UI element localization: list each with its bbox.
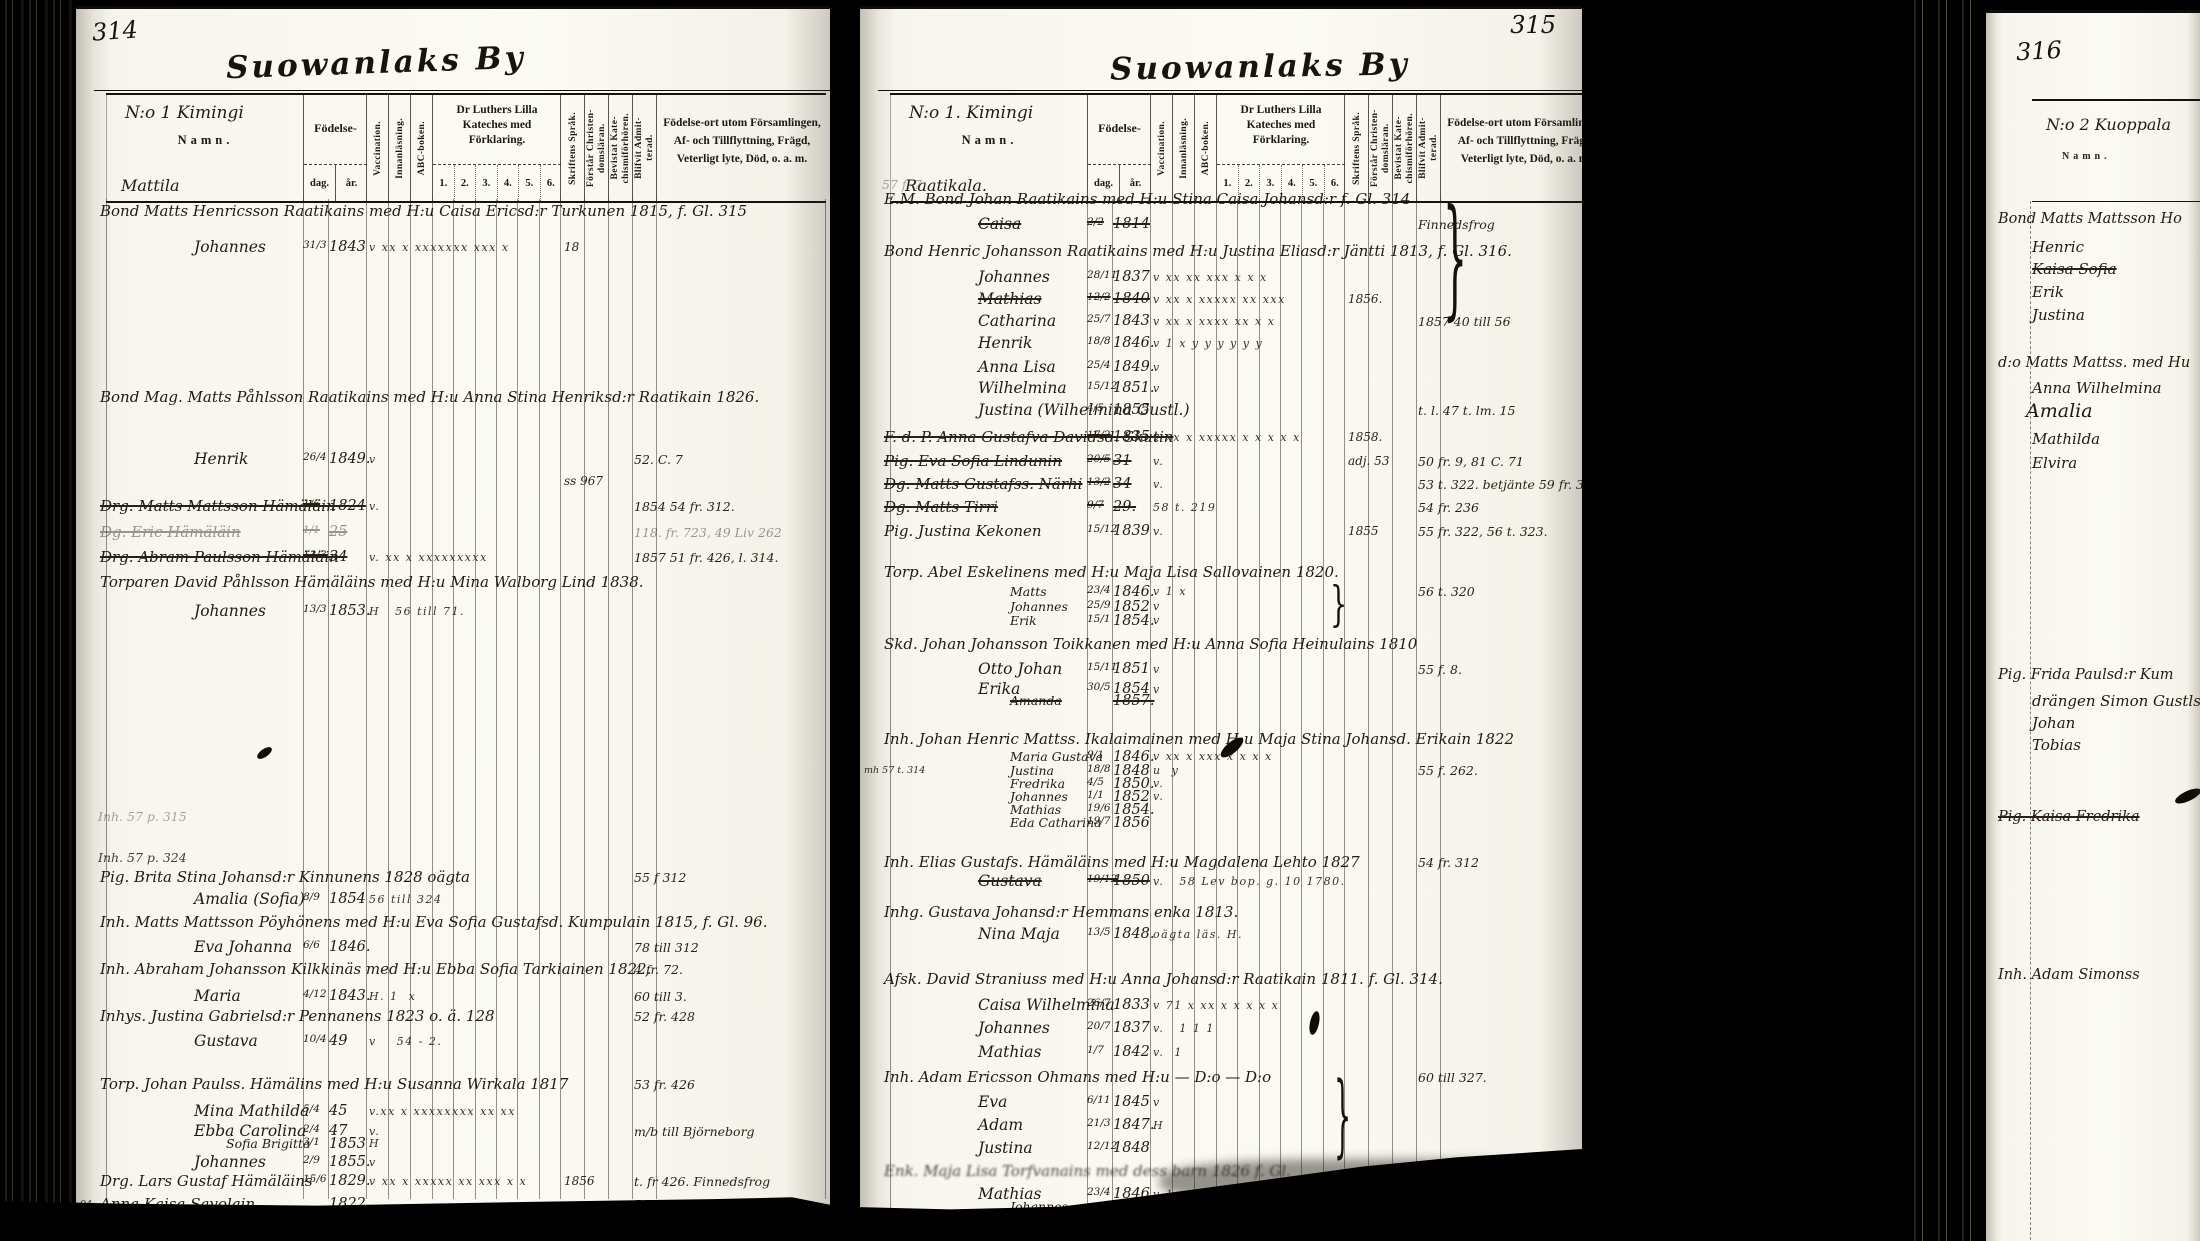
birth-day: 5/4 — [303, 1099, 320, 1120]
person-name: Maria — [194, 986, 241, 1007]
birth-year: 1846. — [1113, 750, 1155, 764]
birth-year: 1839 — [1113, 521, 1150, 542]
birth-year: 1855 — [1113, 400, 1150, 421]
register-row: Torp. Johan Paulss. Hämälins med H:u Sus… — [76, 1074, 830, 1095]
reading-marks: v 1 x — [1153, 585, 1187, 599]
register-row: Eda Catharina 19/7 1856 — [860, 816, 1582, 837]
remark-note: 1854 54 fr. 312. — [634, 496, 735, 517]
birth-day: 31/3 — [303, 235, 327, 256]
person-name: Mathias — [978, 1042, 1041, 1063]
person-name: Inh. Johan Henric Mattss. Ikalaimainen m… — [884, 729, 1514, 750]
third-page: 316 N:o 2 Kuoppala Namn. Bond Matts Matt… — [1986, 10, 2200, 1241]
person-name: Dg. Eric Hämäläin — [100, 522, 241, 543]
register-row: Inh. Adam Simonss — [1986, 965, 2200, 986]
birth-day: 9/7 — [1087, 495, 1104, 516]
mid-note: 1858. — [1348, 427, 1382, 448]
birth-day: 1/1 — [303, 520, 320, 541]
register-row: Johannes 13/3 1853. H 56 till 71. — [76, 601, 830, 622]
birth-year: 1853 — [329, 1137, 366, 1151]
remark-note: 54 fr. 236 — [1418, 497, 1479, 518]
person-name: Gustava — [978, 871, 1042, 892]
register-rows: Bond Matts Henricsson Raatikains med H:u… — [76, 9, 830, 1207]
birth-year: 1855. — [329, 1152, 371, 1173]
birth-day: 4/5 — [1087, 398, 1104, 419]
register-row: Tobias — [1986, 735, 2200, 756]
person-name: Inh. Adam Simonss — [1998, 965, 2140, 986]
register-row: Bond Mag. Matts Påhlsson Raatikains med … — [76, 387, 830, 408]
birth-day: 19/6 — [1087, 801, 1111, 815]
remark-note: 60 till 3. — [634, 986, 687, 1007]
register-row: Mathias 1/7 1842 v. 1 — [860, 1042, 1582, 1063]
register-row: Justina 12/12 1848 — [860, 1138, 1582, 1159]
birth-day: 4/12 — [303, 984, 327, 1005]
birth-day: 20/7 — [1087, 1016, 1111, 1037]
register-row: Henric — [1986, 237, 2200, 258]
register-row: Amanda 1857. — [860, 694, 1582, 715]
register-row: Eva 6/11 1845 v — [860, 1092, 1582, 1113]
reading-marks: v. — [1153, 777, 1164, 791]
register-row: Elvira — [1986, 453, 2200, 474]
birth-year: 29. — [1113, 497, 1136, 518]
register-row: Inhys. Justina Gabrielsd:r Pennanens 182… — [76, 1006, 830, 1027]
person-name: Bond Mag. Matts Påhlsson Raatikains med … — [100, 387, 759, 408]
person-name: Pig. Kaisa Fredrika — [1998, 807, 2140, 828]
person-name: Amalia — [2026, 401, 2093, 422]
birth-year: 1842 — [1113, 1042, 1150, 1063]
register-row: Inh. 57 p. 324 — [76, 847, 830, 868]
reading-marks: v xx x xxxxx x x x x x — [1153, 427, 1301, 448]
person-name: Mathias — [978, 289, 1041, 310]
birth-day: 6/6 — [303, 935, 320, 956]
reading-marks: v — [1153, 357, 1161, 378]
birth-year: 1849. — [329, 449, 371, 470]
birth-year: 1848 — [1113, 1138, 1150, 1159]
person-name: Justina (Wilhelmina Gustl.) — [978, 400, 1190, 421]
remark-note: 52 fr. 428 — [634, 1006, 695, 1027]
person-name: Eva Johanna — [194, 937, 292, 958]
person-name: Torp. Johan Paulss. Hämälins med H:u Sus… — [100, 1074, 568, 1095]
reading-marks: v 54 - 2. — [369, 1031, 442, 1052]
register-row: Johannes 2/9 1855. v — [76, 1152, 830, 1173]
register-row: F. d. P. Anna Gustafva Davidsd. Skutin 1… — [860, 427, 1582, 448]
birth-day: 3/1 — [303, 1135, 320, 1149]
birth-year: 1851 — [1113, 659, 1150, 680]
register-row: Erik — [1986, 282, 2200, 303]
reading-marks: oägta läs. H. — [1153, 924, 1243, 945]
register-row: Torp. Abel Eskelinens med H:u Maja Lisa … — [860, 562, 1582, 583]
birth-day: 2/9 — [303, 1150, 320, 1171]
reading-marks: v 1 x y y y y y y — [1153, 333, 1263, 354]
person-name: Drg. Lars Gustaf Hämäläins — [100, 1171, 313, 1192]
person-name: Johan — [2032, 713, 2075, 734]
family-brace-mark: } — [1334, 1065, 1351, 1170]
person-name: Justina — [2032, 305, 2085, 326]
register-row: Otto Johan 15/11 1851 v 55 f. 8. — [860, 659, 1582, 680]
birth-year: 1850 — [1113, 871, 1150, 892]
birth-year: 1835 — [1113, 427, 1150, 448]
remark-note: t. l. 47 t. lm. 15 — [1418, 400, 1515, 421]
register-row: Amalia (Sofia) 8/9 1854 56 till 324 — [76, 889, 830, 910]
remark-note: 54 fr. 312 — [1418, 852, 1479, 873]
register-row: Kaisa Sofia — [1986, 259, 2200, 280]
person-name: Tobias — [2032, 735, 2081, 756]
register-row: Anna Lisa 25/4 1849. v — [860, 357, 1582, 378]
person-name: Elvira — [2032, 453, 2077, 474]
register-row: drängen Simon Gustls — [1986, 691, 2200, 712]
person-name: Bond Henric Johansson Raatikains med H:u… — [884, 241, 1512, 262]
register-row: Mathias 12/2 1840 v xx x xxxxx xx xxx 18… — [860, 289, 1582, 310]
register-row: Dg. Matts Tirri 9/7 29. 58 t. 219 54 fr.… — [860, 497, 1582, 518]
person-name: Pig. Justina Kekonen — [884, 521, 1042, 542]
register-row: Inh. 57 p. 315 — [76, 806, 830, 827]
person-name: Johannes — [1010, 600, 1068, 614]
person-name: Afsk. David Straniuss med H:u Anna Johan… — [884, 969, 1443, 990]
birth-year: 1843. — [329, 986, 371, 1007]
person-name: Catharina — [978, 311, 1056, 332]
person-name: Drg. Matts Mattsson Hämäläin — [100, 496, 336, 517]
birth-day: 1/6 — [303, 494, 320, 515]
person-name: Pig. Eva Sofia Lindunin — [884, 451, 1062, 472]
reading-marks: v xx x xxxxx xx xxx — [1153, 289, 1286, 310]
register-row: Mina Mathilda 5/4 45 v.xx x xxxxxxxx xx … — [76, 1101, 830, 1122]
birth-year: 1852 — [1113, 600, 1150, 614]
remark-note: 55 fr. 322, 56 t. 323. — [1418, 521, 1548, 542]
birth-day: 9/1 — [1087, 748, 1104, 762]
birth-year: 1837 — [1113, 267, 1150, 288]
birth-day: 21/3 — [1087, 1113, 1111, 1134]
register-row: d:o Matts Mattss. med Hu — [1986, 353, 2200, 374]
register-row: Bond Matts Mattsson Ho — [1986, 209, 2200, 230]
register-row: Afsk. David Straniuss med H:u Anna Johan… — [860, 969, 1582, 990]
mid-note: 18 — [564, 237, 579, 258]
birth-year: 1847. — [1113, 1115, 1155, 1136]
remark-note: t. fr 426. Finnedsfrog — [634, 1171, 770, 1192]
person-name: d:o Matts Mattss. med Hu — [1998, 353, 2190, 374]
register-row: Johannes 20/7 1837 v. 1 1 1 — [860, 1018, 1582, 1039]
reading-marks: H — [1153, 1115, 1164, 1136]
reading-marks: v 71 x xx x x x x x — [1153, 995, 1279, 1016]
remark-note: 55 f. 8. — [1418, 659, 1462, 680]
register-row: Wilhelmina 15/12 1851. v — [860, 378, 1582, 399]
register-row: Anna Wilhelmina — [1986, 378, 2200, 399]
reading-marks: v — [1153, 378, 1161, 399]
mid-note: ss 967 — [564, 471, 603, 492]
reading-marks: v xx x xxxxxxx xxx x — [369, 237, 510, 258]
birth-year: 34 — [329, 547, 347, 568]
person-name: Wilhelmina — [978, 378, 1067, 399]
person-name: Otto Johan — [978, 659, 1062, 680]
register-row: Justina — [1986, 305, 2200, 326]
person-name: Inh. Adam Ericsson Ohmans med H:u — D:o … — [884, 1067, 1271, 1088]
birth-year: 49 — [329, 1031, 347, 1052]
reading-marks: v — [1153, 614, 1161, 628]
birth-year: 1854 — [329, 889, 366, 910]
reading-marks: u y — [1153, 764, 1179, 778]
remark-note: 52. C. 7 — [634, 449, 683, 470]
reading-marks: v xx x xxx x x x x — [1153, 750, 1273, 764]
register-row: Gustava 19/12 1850 v. 58 Lev bop. g. 10 … — [860, 871, 1582, 892]
birth-day: 2/2 — [1087, 212, 1104, 233]
reading-marks: v — [1153, 1092, 1161, 1113]
person-name: Bond Matts Henricsson Raatikains med H:u… — [100, 201, 747, 222]
reading-marks: v. — [1153, 790, 1164, 804]
person-name: Pig. Brita Stina Johansd:r Kinnunens 182… — [100, 867, 470, 888]
birth-year: 1814 — [1113, 214, 1150, 235]
person-name: Johannes — [194, 601, 266, 622]
person-name: Inh. Abraham Johansson Kilkkinäs med H:u… — [100, 959, 651, 980]
birth-year: 1846. — [1113, 333, 1155, 354]
person-name: Pig. Frida Paulsd:r Kum — [1998, 665, 2174, 686]
remark-note: 50 fr. 9, 81 C. 71 — [1418, 451, 1524, 472]
register-row: Skd. Johan Johansson Toikkanen med H:u A… — [860, 634, 1582, 655]
register-row: Pig. Eva Sofia Lindunin 20/5 31 v. adj. … — [860, 451, 1582, 472]
person-name: Justina — [978, 1138, 1033, 1159]
register-row: Drg. Abram Paulsson Hämäläin 13/3 34 v. … — [76, 547, 830, 568]
remark-note: 60 till 327. — [1418, 1067, 1487, 1088]
birth-year: 1843 — [1113, 311, 1150, 332]
person-name: Eva — [978, 1092, 1007, 1113]
person-name: Skd. Johan Johansson Toikkanen med H:u A… — [884, 634, 1417, 655]
reading-marks: v. — [1153, 474, 1164, 495]
register-row: Pig. Frida Paulsd:r Kum — [1986, 665, 2200, 686]
register-row: ss 967 — [76, 471, 830, 492]
margin-note: mh 57 t. 314 — [864, 764, 925, 778]
reading-marks: H. 1 x — [369, 986, 416, 1007]
left-page: 314 Suowanlaks By N:o 1 Kimingi Namn. Ma… — [76, 6, 830, 1207]
register-row: Erik 15/1 1854. v — [860, 614, 1582, 635]
birth-year: 1833 — [1113, 995, 1150, 1016]
person-name: Erik — [1010, 614, 1037, 628]
register-rows: 57 f. 7. E.M. Bond Johan Raatikains med … — [860, 9, 1582, 1241]
register-row: Justina (Wilhelmina Gustl.) 4/5 1855 t. … — [860, 400, 1582, 421]
register-row: Dg. Eric Hämäläin 1/1 25 118. fr. 723, 4… — [76, 522, 830, 543]
register-row: Bond Henric Johansson Raatikains med H:u… — [860, 241, 1582, 262]
person-name: Mina Mathilda — [194, 1101, 309, 1122]
birth-year: 1837 — [1113, 1018, 1150, 1039]
scanned-register-spread: 314 Suowanlaks By N:o 1 Kimingi Namn. Ma… — [0, 0, 2200, 1241]
person-name: Henrik — [194, 449, 248, 470]
remark-note: 55 f. 262. — [1418, 764, 1478, 778]
register-row: E.M. Bond Johan Raatikains med H:u Stina… — [860, 189, 1582, 210]
torn-binding-edge-left — [0, 0, 76, 1241]
register-row: Inh. Abraham Johansson Kilkkinäs med H:u… — [76, 959, 830, 980]
person-name: Johannes — [194, 1152, 266, 1173]
reading-marks: v. — [369, 496, 380, 517]
birth-year: 45 — [329, 1101, 347, 1122]
register-row: Catharina 25/7 1843 v xx x xxxx xx x x 1… — [860, 311, 1582, 332]
birth-year: 1845 — [1113, 1092, 1150, 1113]
reading-marks: v. 1 1 1 — [1153, 1018, 1215, 1039]
person-name: Dg. Matts Tirri — [884, 497, 998, 518]
birth-day: 25/7 — [1087, 309, 1111, 330]
register-row: Nina Maja 13/5 1848. oägta läs. H. — [860, 924, 1582, 945]
birth-year: 1824 — [329, 496, 366, 517]
birth-year: 1851. — [1113, 378, 1155, 399]
register-row: Eva Johanna 6/6 1846. 78 till 312 — [76, 937, 830, 958]
register-row: Caisa Wilhelmina 26/7 1833 v 71 x xx x x… — [860, 995, 1582, 1016]
remark-note: 56 t. 320 — [1418, 585, 1475, 599]
person-name: Henrik — [978, 333, 1032, 354]
reading-marks: 58 t. 219 — [1153, 497, 1216, 518]
register-row: Henrik 18/8 1846. v 1 x y y y y y y — [860, 333, 1582, 354]
register-row: Inh. Adam Ericsson Ohmans med H:u — D:o … — [860, 1067, 1582, 1088]
birth-year: 1843 — [329, 237, 366, 258]
birth-year: 31 — [1113, 451, 1131, 472]
birth-year: 1846. — [329, 937, 371, 958]
birth-day: 8/9 — [303, 887, 320, 908]
remark-note: 78 till 312 — [634, 937, 699, 958]
register-row: Adam 21/3 1847. H — [860, 1115, 1582, 1136]
birth-year: 1853. — [329, 601, 371, 622]
right-page: 315 Suowanlaks By N:o 1. Kimingi Namn. R… — [860, 6, 1582, 1241]
person-name: Matts — [1010, 585, 1047, 599]
birth-year: 1840 — [1113, 289, 1150, 310]
family-brace-mark: } — [1443, 181, 1467, 333]
person-name: Anna Wilhelmina — [2032, 378, 2162, 399]
remark-note: 53 fr. 426 — [634, 1074, 695, 1095]
birth-day: 25/9 — [1087, 598, 1111, 612]
person-name: drängen Simon Gustls — [2032, 691, 2200, 712]
register-row: Maria 4/12 1843. H. 1 x 60 till 3. — [76, 986, 830, 1007]
reading-marks: v. 58 Lev bop. g. 10 1780. — [1153, 871, 1346, 892]
person-name: Erik — [2032, 282, 2064, 303]
birth-day: 19/7 — [1087, 814, 1111, 828]
reading-marks: v — [369, 1152, 377, 1173]
person-name: Henric — [2032, 237, 2084, 258]
birth-day: 13/2 — [1087, 472, 1111, 493]
remark-note: 1857 51 fr. 426, l. 314. — [634, 547, 778, 568]
person-name: Inh. 57 p. 324 — [98, 847, 187, 868]
torn-binding-edge-right — [1908, 0, 1986, 1241]
register-row: Pig. Justina Kekonen 15/12 1839 v. 1855 … — [860, 521, 1582, 542]
reading-marks: v. — [1153, 451, 1164, 472]
register-row: Gustava 10/4 49 v 54 - 2. — [76, 1031, 830, 1052]
birth-day: 13/3 — [303, 599, 327, 620]
birth-day: 12/2 — [1087, 287, 1111, 308]
birth-year: 1854. — [1113, 614, 1155, 628]
person-name: Inh. Matts Mattsson Pöyhönens med H:u Ev… — [100, 912, 767, 933]
register-row: Amalia — [1986, 401, 2200, 422]
reading-marks: v xx x xxxx xx x x — [1153, 311, 1275, 332]
birth-day: 25/4 — [1087, 355, 1111, 376]
person-name: Inhg. Gustava Johansd:r Hemmans enka 181… — [884, 902, 1238, 923]
remark-note: 4 fr. 72. — [634, 959, 683, 980]
person-name: Dg. Matts Gustafss. Närhi — [884, 474, 1082, 495]
reading-marks: H — [369, 1137, 380, 1151]
mid-note: adj. 53 — [1348, 451, 1389, 472]
person-name: Inhys. Justina Gabrielsd:r Pennanens 182… — [100, 1006, 495, 1027]
register-row: Johannes 28/11 1837 v xx xx xxx x x x — [860, 267, 1582, 288]
register-row: Drg. Matts Mattsson Hämäläin 1/6 1824 v.… — [76, 496, 830, 517]
person-name: Sofia Brigitta — [226, 1137, 311, 1151]
mid-note: 1856. — [1348, 289, 1382, 310]
birth-year: 25 — [329, 522, 347, 543]
reading-marks: v xx xx xxx x x x — [1153, 267, 1268, 288]
person-name: Kaisa Sofia — [2032, 259, 2117, 280]
reading-marks: v — [1153, 600, 1161, 614]
reading-marks: 56 till 324 — [369, 889, 442, 910]
birth-year: 1848. — [1113, 924, 1155, 945]
birth-year: 1849. — [1113, 357, 1155, 378]
person-name: Inh. 57 p. 315 — [98, 806, 187, 827]
register-row: Pig. Kaisa Fredrika — [1986, 807, 2200, 828]
birth-day: 23/4 — [1087, 583, 1111, 597]
birth-day: 10/4 — [303, 1029, 327, 1050]
register-row: Torparen David Påhlsson Hämäläins med H:… — [76, 572, 830, 593]
person-name: E.M. Bond Johan Raatikains med H:u Stina… — [884, 189, 1410, 210]
reading-marks: v. 1 — [1153, 1042, 1183, 1063]
person-name: Bond Matts Mattsson Ho — [1998, 209, 2182, 230]
reading-marks: v.xx x xxxxxxxx xx xx — [369, 1101, 516, 1122]
person-name: Anna Lisa — [978, 357, 1056, 378]
register-row: Henrik 26/4 1849. v 52. C. 7 — [76, 449, 830, 470]
register-row: Bond Matts Henricsson Raatikains med H:u… — [76, 201, 830, 222]
reading-marks: v. xx x xxxxxxxxx — [369, 547, 488, 568]
person-name: Inh. Elias Gustafs. Hämäläins med H:u Ma… — [884, 852, 1360, 873]
birth-day: 20/5 — [1087, 449, 1111, 470]
birth-day: 26/4 — [303, 447, 327, 468]
register-row: Johannes 31/3 1843 v xx x xxxxxxx xxx x … — [76, 237, 830, 258]
person-name: Mathilda — [2032, 429, 2100, 450]
register-row: Inhg. Gustava Johansd:r Hemmans enka 181… — [860, 902, 1582, 923]
birth-day: 1/1 — [1087, 788, 1104, 802]
person-name: Caisa — [978, 214, 1021, 235]
person-name: Johannes — [978, 1018, 1050, 1039]
register-row: Inh. Johan Henric Mattss. Ikalaimainen m… — [860, 729, 1582, 750]
birth-day: 18/8 — [1087, 331, 1111, 352]
register-rows: Bond Matts Mattsson Ho Henric Kaisa Sofi… — [1986, 13, 2200, 1241]
birth-day: 13/5 — [1087, 922, 1111, 943]
reading-marks: v xx x xxxxx xx xxx x x — [369, 1171, 527, 1192]
reading-marks: H 56 till 71. — [369, 601, 465, 622]
reading-marks: v. — [1153, 521, 1164, 542]
mid-note: 1856 — [564, 1171, 595, 1192]
birth-day: 26/7 — [1087, 993, 1111, 1014]
birth-year: 1856 — [1113, 816, 1150, 830]
birth-day: 15/1 — [1087, 612, 1111, 626]
register-row: Inh. Elias Gustafs. Hämäläins med H:u Ma… — [860, 852, 1582, 873]
person-name: Torparen David Påhlsson Hämäläins med H:… — [100, 572, 644, 593]
reading-marks: v — [369, 449, 377, 470]
person-name: Johannes — [194, 237, 266, 258]
birth-day: 4/5 — [1087, 775, 1104, 789]
person-name: Nina Maja — [978, 924, 1060, 945]
register-row: Johan — [1986, 713, 2200, 734]
register-row: Drg. Lars Gustaf Hämäläins 15/6 1829. v … — [76, 1171, 830, 1192]
birth-day: 1/7 — [1087, 1040, 1104, 1061]
mid-note: 1855 — [1348, 521, 1379, 542]
birth-day: 17/2 — [1087, 425, 1111, 446]
register-row: Caisa 2/2 1814 Finnedsfrog — [860, 214, 1582, 235]
birth-day: 15/6 — [303, 1169, 327, 1190]
birth-year: 1857. — [1113, 694, 1155, 708]
register-row: Mathilda — [1986, 429, 2200, 450]
birth-year: 1829. — [329, 1171, 371, 1192]
birth-year: 34 — [1113, 474, 1131, 495]
person-name: Amalia (Sofia) — [194, 889, 305, 910]
reading-marks: v — [1153, 659, 1161, 680]
person-name: Amanda — [1010, 694, 1062, 708]
person-name: Adam — [978, 1115, 1023, 1136]
register-row: Pig. Brita Stina Johansd:r Kinnunens 182… — [76, 867, 830, 888]
birth-year: 1846. — [1113, 585, 1155, 599]
family-brace-mark: } — [1330, 577, 1347, 633]
remark-note: 55 f 312 — [634, 867, 686, 888]
person-name: Johannes — [978, 267, 1050, 288]
birth-day: 18/8 — [1087, 762, 1111, 776]
birth-day: 13/3 — [303, 545, 327, 566]
register-row: Inh. Matts Mattsson Pöyhönens med H:u Ev… — [76, 912, 830, 933]
